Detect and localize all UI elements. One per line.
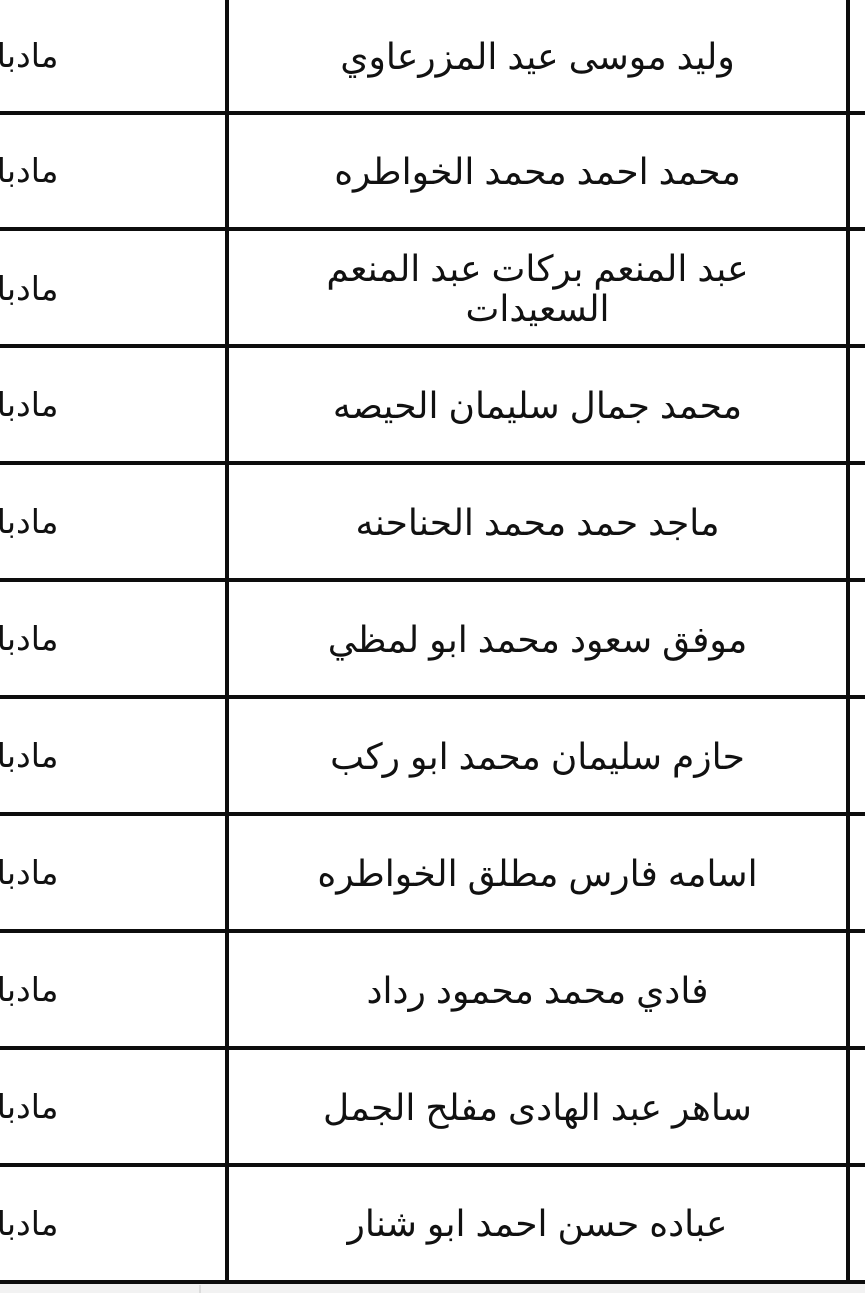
table-row: مادبا/ق اسامه فارس مطلق الخواطره	[0, 816, 865, 931]
names-table: مادبا/ق وليد موسى عيد المزرعاوي مادبا/ق …	[0, 0, 865, 1293]
location-cell: مادبا/ق	[0, 502, 112, 542]
location-cell: مادبا/ق	[0, 853, 112, 893]
location-text: مادبا/ق	[0, 385, 58, 425]
location-text: مادبا/ق	[0, 970, 58, 1010]
location-text: مادبا/ق	[0, 1204, 58, 1244]
table-row: مادبا/ق عبد المنعم بركات عبد المنعم السع…	[0, 231, 865, 346]
location-cell: مادبا/ق	[0, 1204, 112, 1244]
location-cell: مادبا/ق	[0, 151, 112, 191]
name-text: موفق سعود محمد ابو لمظي	[328, 619, 747, 661]
name-cell: محمد جمال سليمان الحيصه	[229, 348, 846, 463]
location-text: مادبا/ق	[0, 1087, 58, 1127]
name-text: عباده حسن احمد ابو شنار	[348, 1203, 728, 1245]
table-row: مادبا/ق عباده حسن احمد ابو شنار	[0, 1167, 865, 1281]
table-row: مادبا/ق موفق سعود محمد ابو لمظي	[0, 582, 865, 697]
name-cell: عبد المنعم بركات عبد المنعم السعيدات	[229, 231, 846, 346]
location-text: مادبا/ق	[0, 736, 58, 776]
location-text: مادبا/ق	[0, 151, 58, 191]
name-cell: فادي محمد محمود رداد	[229, 933, 846, 1048]
table-row: مادبا/ق ساهر عبد الهادى مفلح الجمل	[0, 1050, 865, 1165]
location-cell: مادبا/ق	[0, 36, 112, 76]
name-cell: موفق سعود محمد ابو لمظي	[229, 582, 846, 697]
location-cell: مادبا/ق	[0, 1087, 112, 1127]
location-text: مادبا/ق	[0, 619, 58, 659]
name-cell: ماجد حمد محمد الحناحنه	[229, 465, 846, 580]
location-cell: مادبا/ق	[0, 269, 112, 309]
name-cell: عباده حسن احمد ابو شنار	[229, 1167, 846, 1281]
name-text: ماجد حمد محمد الحناحنه	[355, 502, 719, 544]
name-text: اسامه فارس مطلق الخواطره	[317, 853, 757, 895]
location-text: مادبا/ق	[0, 502, 58, 542]
name-text: محمد جمال سليمان الحيصه	[333, 385, 742, 427]
name-cell: وليد موسى عيد المزرعاوي	[229, 0, 846, 113]
location-cell: مادبا/ق	[0, 619, 112, 659]
name-cell: حازم سليمان محمد ابو ركب	[229, 699, 846, 814]
location-text: مادبا/ق	[0, 36, 58, 76]
location-text: مادبا/ق	[0, 853, 58, 893]
name-text: محمد احمد محمد الخواطره	[334, 151, 741, 193]
location-cell: مادبا/ق	[0, 970, 112, 1010]
table-row: مادبا/ق ماجد حمد محمد الحناحنه	[0, 465, 865, 580]
name-cell: محمد احمد محمد الخواطره	[229, 115, 846, 229]
location-cell: مادبا/ق	[0, 736, 112, 776]
table-row: مادبا/ق محمد احمد محمد الخواطره	[0, 115, 865, 229]
name-text: عبد المنعم بركات عبد المنعم السعيدات	[303, 249, 773, 329]
scan-artifact	[199, 1285, 201, 1293]
table-row: مادبا/ق حازم سليمان محمد ابو ركب	[0, 699, 865, 814]
location-cell: مادبا/ق	[0, 385, 112, 425]
page-bottom-margin	[0, 1284, 865, 1293]
name-text: وليد موسى عيد المزرعاوي	[340, 36, 734, 78]
table-row: مادبا/ق وليد موسى عيد المزرعاوي	[0, 0, 865, 113]
name-text: ساهر عبد الهادى مفلح الجمل	[323, 1087, 752, 1129]
name-text: حازم سليمان محمد ابو ركب	[330, 736, 745, 778]
name-cell: اسامه فارس مطلق الخواطره	[229, 816, 846, 931]
name-text: فادي محمد محمود رداد	[366, 970, 708, 1012]
table-row: مادبا/ق محمد جمال سليمان الحيصه	[0, 348, 865, 463]
name-cell: ساهر عبد الهادى مفلح الجمل	[229, 1050, 846, 1165]
location-text: مادبا/ق	[0, 269, 58, 309]
table-row: مادبا/ق فادي محمد محمود رداد	[0, 933, 865, 1048]
